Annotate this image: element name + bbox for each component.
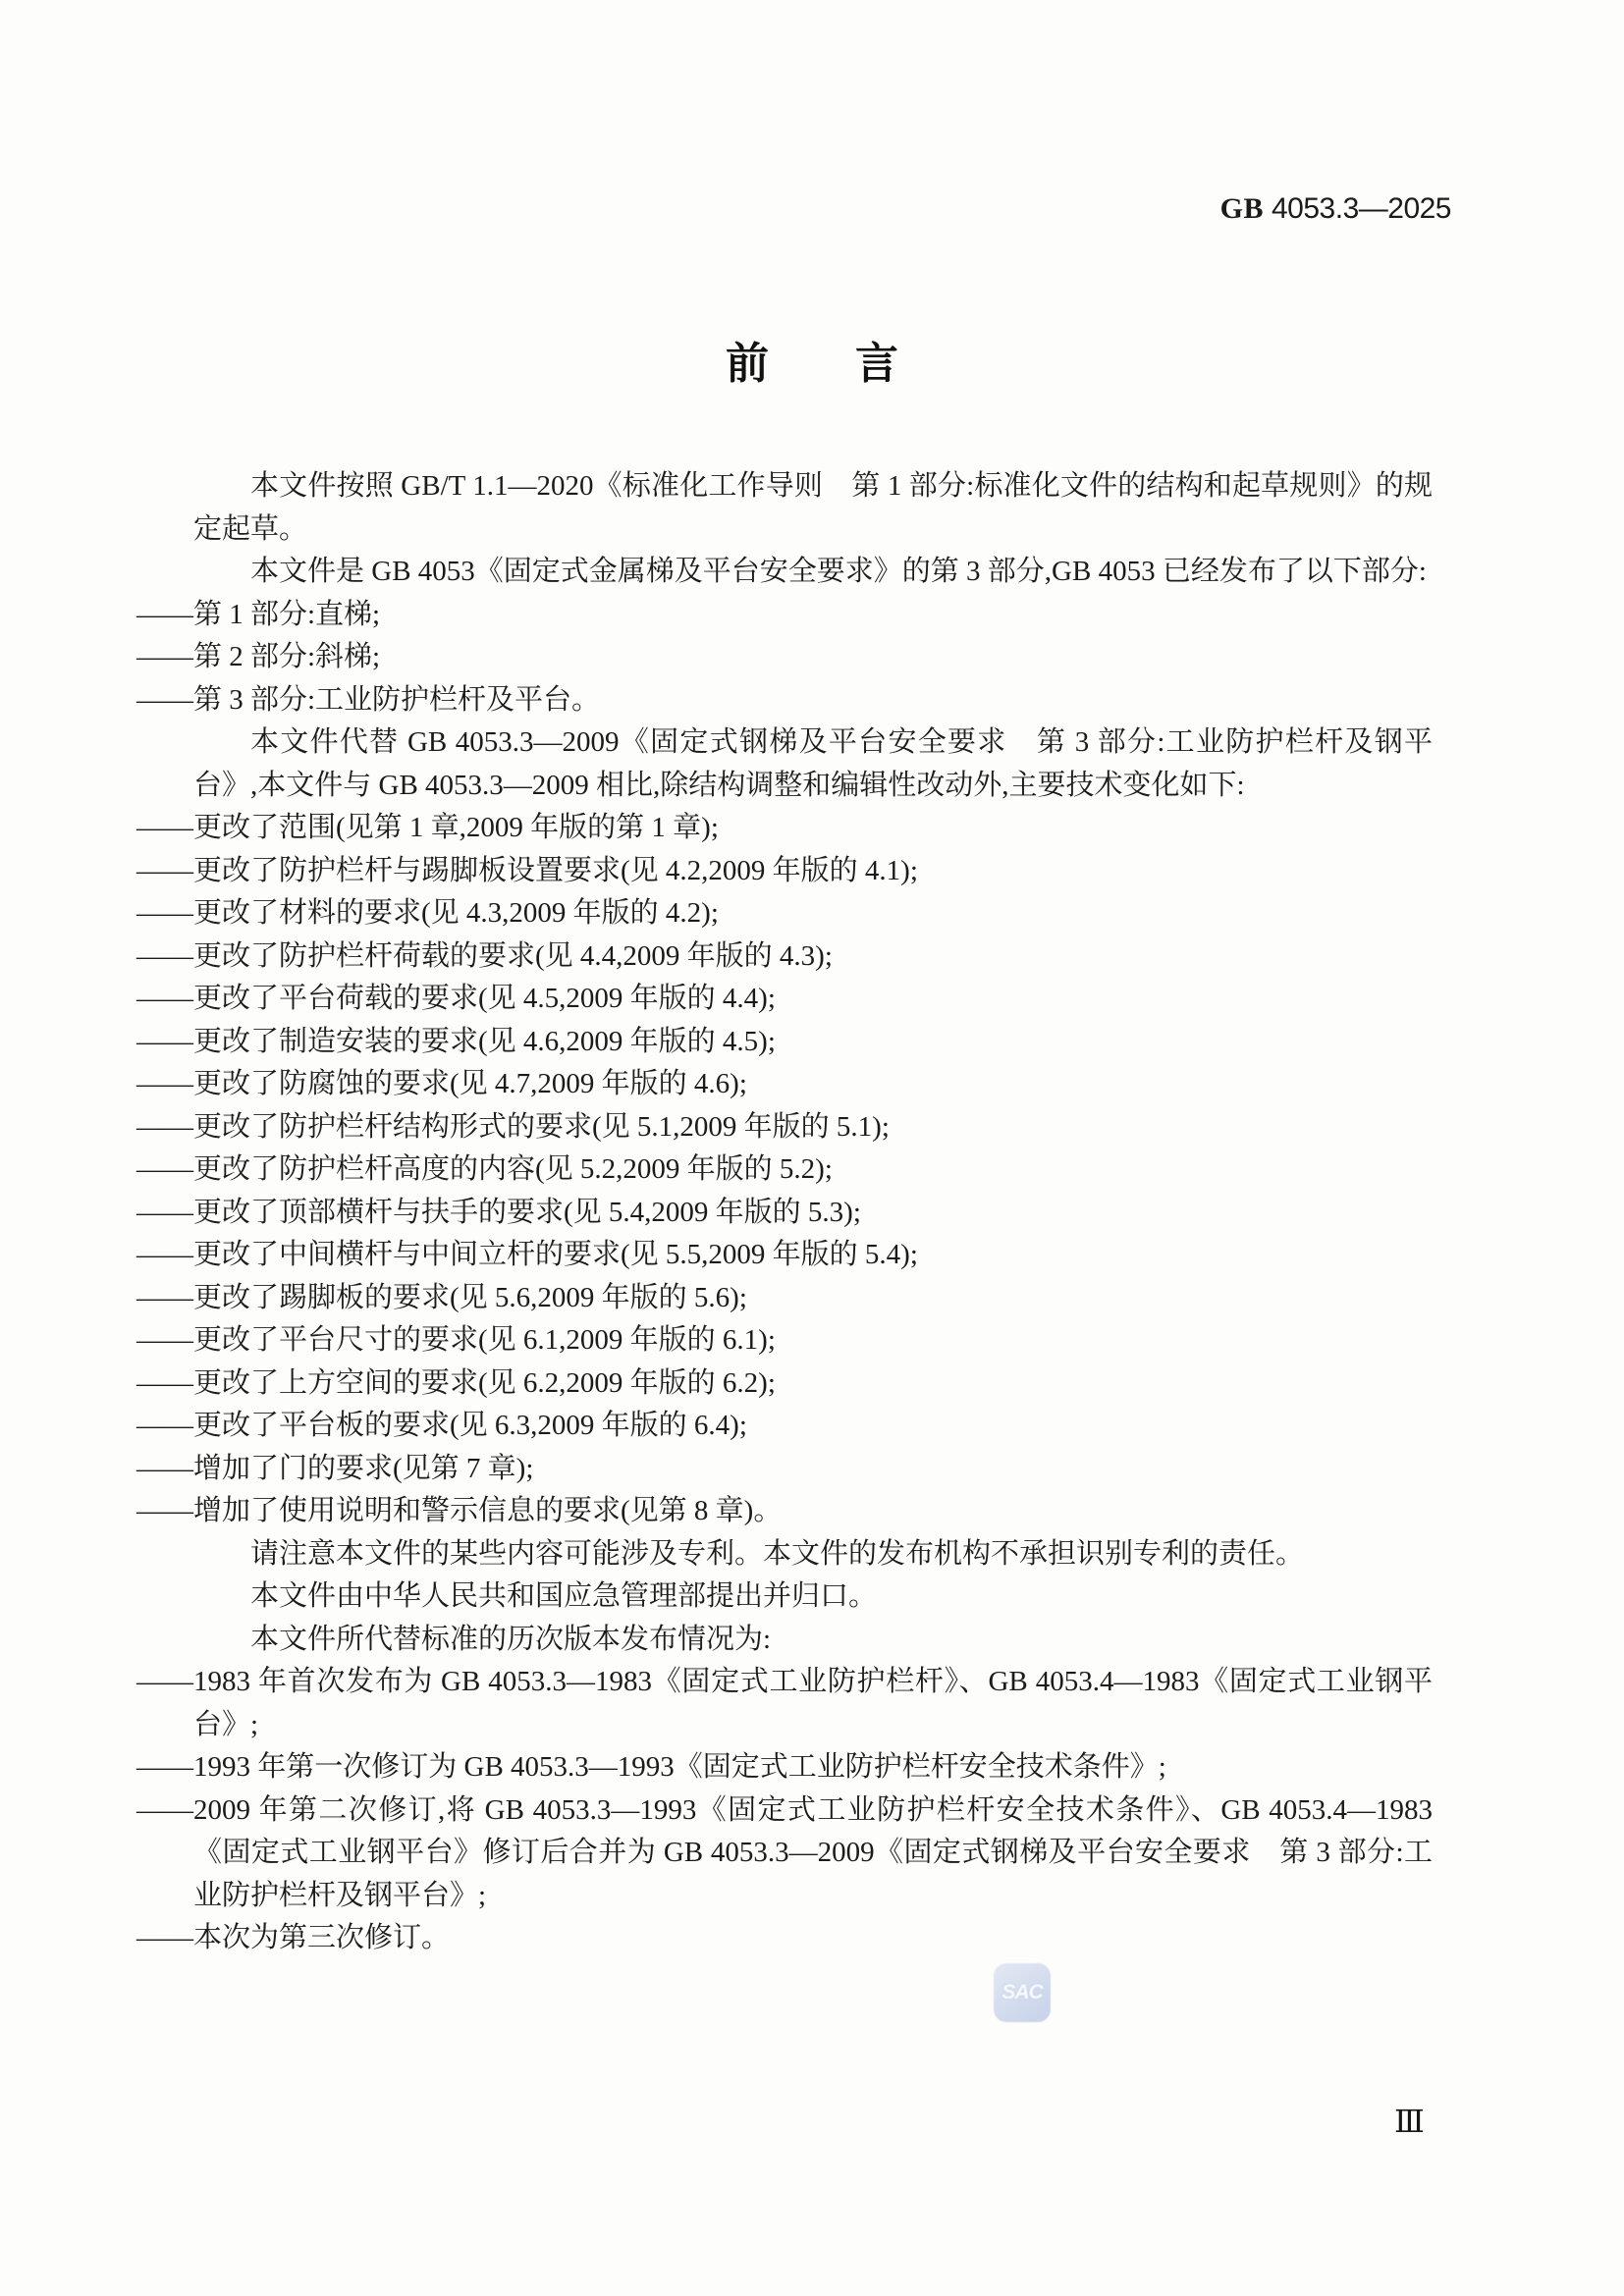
foreword-list-item: ——更改了上方空间的要求(见 6.2,2009 年版的 6.2);: [193, 1362, 1433, 1406]
foreword-list-item: ——更改了顶部横杆与扶手的要求(见 5.4,2009 年版的 5.3);: [193, 1192, 1433, 1235]
foreword-list-item: ——更改了范围(见第 1 章,2009 年版的第 1 章);: [193, 807, 1433, 850]
foreword-list-item: ——更改了防护栏杆结构形式的要求(见 5.1,2009 年版的 5.1);: [193, 1106, 1433, 1149]
foreword-list-item: ——1983 年首次发布为 GB 4053.3—1983《固定式工业防护栏杆》、…: [193, 1661, 1433, 1746]
foreword-list-item: ——更改了制造安装的要求(见 4.6,2009 年版的 4.5);: [193, 1021, 1433, 1064]
foreword-list-item: ——第 3 部分:工业防护栏杆及平台。: [193, 679, 1433, 722]
foreword-body: 本文件按照 GB/T 1.1—2020《标准化工作导则 第 1 部分:标准化文件…: [193, 465, 1433, 1960]
standard-code-prefix: GB: [1220, 192, 1264, 225]
foreword-list-item: ——第 2 部分:斜梯;: [193, 636, 1433, 679]
foreword-list-item: ——更改了防腐蚀的要求(见 4.7,2009 年版的 4.6);: [193, 1063, 1433, 1106]
foreword-list-item: ——1993 年第一次修订为 GB 4053.3—1993《固定式工业防护栏杆安…: [193, 1746, 1433, 1789]
foreword-list-item: ——更改了材料的要求(见 4.3,2009 年版的 4.2);: [193, 892, 1433, 935]
standard-code-number: 4053.3—2025: [1272, 192, 1451, 225]
document-page: GB 4053.3—2025 前 言 本文件按照 GB/T 1.1—2020《标…: [0, 0, 1624, 2296]
sac-watermark-text: SAC: [1001, 1981, 1042, 2004]
foreword-list-item: ——更改了平台荷载的要求(见 4.5,2009 年版的 4.4);: [193, 978, 1433, 1021]
foreword-list-item: ——更改了平台板的要求(见 6.3,2009 年版的 6.4);: [193, 1405, 1433, 1448]
foreword-list-item: ——第 1 部分:直梯;: [193, 594, 1433, 637]
standard-code: GB 4053.3—2025: [1220, 192, 1451, 226]
page-title: 前 言: [0, 328, 1624, 391]
page-number: Ⅲ: [1394, 2103, 1425, 2140]
foreword-list-item: ——增加了使用说明和警示信息的要求(见第 8 章)。: [193, 1490, 1433, 1533]
foreword-paragraph: 本文件所代替标准的历次版本发布情况为:: [193, 1619, 1433, 1662]
foreword-list-item: ——更改了防护栏杆高度的内容(见 5.2,2009 年版的 5.2);: [193, 1148, 1433, 1192]
foreword-list-item: ——更改了中间横杆与中间立杆的要求(见 5.5,2009 年版的 5.4);: [193, 1234, 1433, 1277]
foreword-paragraph: 本文件代替 GB 4053.3—2009《固定式钢梯及平台安全要求 第 3 部分…: [193, 721, 1433, 807]
foreword-list-item: ——增加了门的要求(见第 7 章);: [193, 1448, 1433, 1491]
foreword-list-item: ——2009 年第二次修订,将 GB 4053.3—1993《固定式工业防护栏杆…: [193, 1789, 1433, 1918]
sac-watermark-logo: SAC: [994, 1963, 1051, 2022]
foreword-paragraph: 本文件由中华人民共和国应急管理部提出并归口。: [193, 1575, 1433, 1619]
foreword-list-item: ——更改了防护栏杆荷载的要求(见 4.4,2009 年版的 4.3);: [193, 935, 1433, 979]
foreword-list-item: ——更改了防护栏杆与踢脚板设置要求(见 4.2,2009 年版的 4.1);: [193, 850, 1433, 893]
foreword-paragraph: 请注意本文件的某些内容可能涉及专利。本文件的发布机构不承担识别专利的责任。: [193, 1533, 1433, 1576]
foreword-list-item: ——本次为第三次修订。: [193, 1917, 1433, 1960]
foreword-list-item: ——更改了踢脚板的要求(见 5.6,2009 年版的 5.6);: [193, 1277, 1433, 1320]
foreword-paragraph: 本文件是 GB 4053《固定式金属梯及平台安全要求》的第 3 部分,GB 40…: [193, 551, 1433, 594]
foreword-paragraph: 本文件按照 GB/T 1.1—2020《标准化工作导则 第 1 部分:标准化文件…: [193, 465, 1433, 551]
foreword-list-item: ——更改了平台尺寸的要求(见 6.1,2009 年版的 6.1);: [193, 1319, 1433, 1362]
